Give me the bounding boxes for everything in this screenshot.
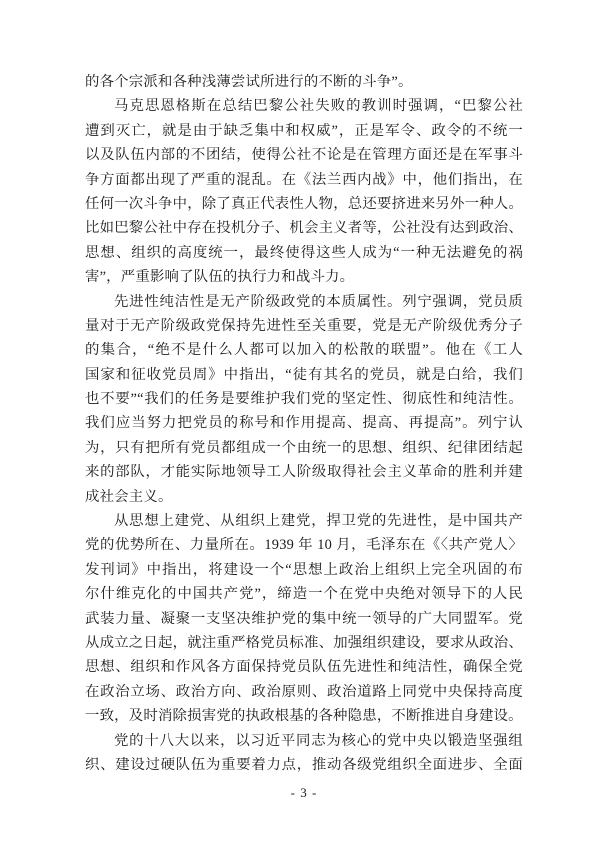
text-line: 尔什维克化的中国共产党”，缔造一个在党中央绝对领导下的人民: [85, 582, 523, 606]
paragraph: 先进性纯洁性是无产阶级政党的本质属性。列宁强调，党员质量对于无产阶级政党保持先进…: [85, 290, 523, 510]
text-line: 来的部队，才能实际地领导工人阶级取得社会主义革命的胜利并建: [85, 460, 523, 484]
page-number: - 3 -: [85, 784, 523, 802]
text-line: 一致，及时消除损害党的执政根基的各种隐患，不断推进自身建设。: [85, 704, 523, 728]
document-page: 的各个宗派和各种浅薄尝试所进行的不断的斗争”。马克思恩格斯在总结巴黎公社失败的教…: [0, 0, 600, 849]
text-line: 国家和征收党员周》中指出，“徒有其名的党员，就是白给，我们: [85, 363, 523, 387]
text-line: 我们应当努力把党员的称号和作用提高、提高、再提高”。列宁认: [85, 411, 523, 435]
text-line: 从成立之日起，就注重严格党员标准、加强组织建设，要求从政治、: [85, 631, 523, 655]
text-line: 量对于无产阶级政党保持先进性至关重要，党是无产阶级优秀分子: [85, 314, 523, 338]
text-line: 武装力量、凝聚一支坚决维护党的集中统一领导的广大同盟军。党: [85, 607, 523, 631]
paragraph: 从思想上建党、从组织上建党，捍卫党的先进性，是中国共产党的优势所在、力量所在。1…: [85, 509, 523, 729]
text-line: 党的优势所在、力量所在。1939 年 10 月，毛泽东在《〈共产党人〉: [85, 533, 523, 557]
text-line: 遭到灭亡，就是由于缺乏集中和权威”，正是军令、政令的不统一: [85, 119, 523, 143]
document-text: 的各个宗派和各种浅薄尝试所进行的不断的斗争”。马克思恩格斯在总结巴黎公社失败的教…: [85, 70, 523, 777]
text-line: 党的十八大以来，以习近平同志为核心的党中央以锻造坚强组: [85, 729, 523, 753]
text-line: 比如巴黎公社中存在投机分子、机会主义者等，公社没有达到政治、: [85, 216, 523, 240]
text-line: 在政治立场、政治方向、政治原则、政治道路上同党中央保持高度: [85, 680, 523, 704]
paragraph: 的各个宗派和各种浅薄尝试所进行的不断的斗争”。: [85, 70, 523, 94]
paragraph: 马克思恩格斯在总结巴黎公社失败的教训时强调，“巴黎公社遭到灭亡，就是由于缺乏集中…: [85, 94, 523, 289]
text-line: 害”，严重影响了队伍的执行力和战斗力。: [85, 265, 523, 289]
text-line: 从思想上建党、从组织上建党，捍卫党的先进性，是中国共产: [85, 509, 523, 533]
text-line: 任何一次斗争中，除了真正代表性人物，总还要挤进来另外一种人。: [85, 192, 523, 216]
text-line: 的各个宗派和各种浅薄尝试所进行的不断的斗争”。: [85, 70, 523, 94]
text-line: 为，只有把所有党员都组成一个由统一的思想、组织、纪律团结起: [85, 436, 523, 460]
text-line: 发刊词》中指出，将建设一个“思想上政治上组织上完全巩固的布: [85, 558, 523, 582]
text-line: 织、建设过硬队伍为重要着力点，推动各级党组织全面进步、全面: [85, 753, 523, 777]
text-line: 先进性纯洁性是无产阶级政党的本质属性。列宁强调，党员质: [85, 290, 523, 314]
text-line: 以及队伍内部的不团结，使得公社不论是在管理方面还是在军事斗: [85, 143, 523, 167]
text-line: 争方面都出现了严重的混乱。在《法兰西内战》中，他们指出，在: [85, 168, 523, 192]
text-line: 思想、组织的高度统一，最终使得这些人成为“一种无法避免的祸: [85, 241, 523, 265]
text-line: 成社会主义。: [85, 485, 523, 509]
text-line: 思想、组织和作风各方面保持党员队伍先进性和纯洁性，确保全党: [85, 655, 523, 679]
text-line: 的集合，“绝不是什么人都可以加入的松散的联盟”。他在《工人: [85, 338, 523, 362]
text-line: 也不要”“我们的任务是要维护我们党的坚定性、彻底性和纯洁性。: [85, 387, 523, 411]
paragraph: 党的十八大以来，以习近平同志为核心的党中央以锻造坚强组织、建设过硬队伍为重要着力…: [85, 729, 523, 778]
text-line: 马克思恩格斯在总结巴黎公社失败的教训时强调，“巴黎公社: [85, 94, 523, 118]
